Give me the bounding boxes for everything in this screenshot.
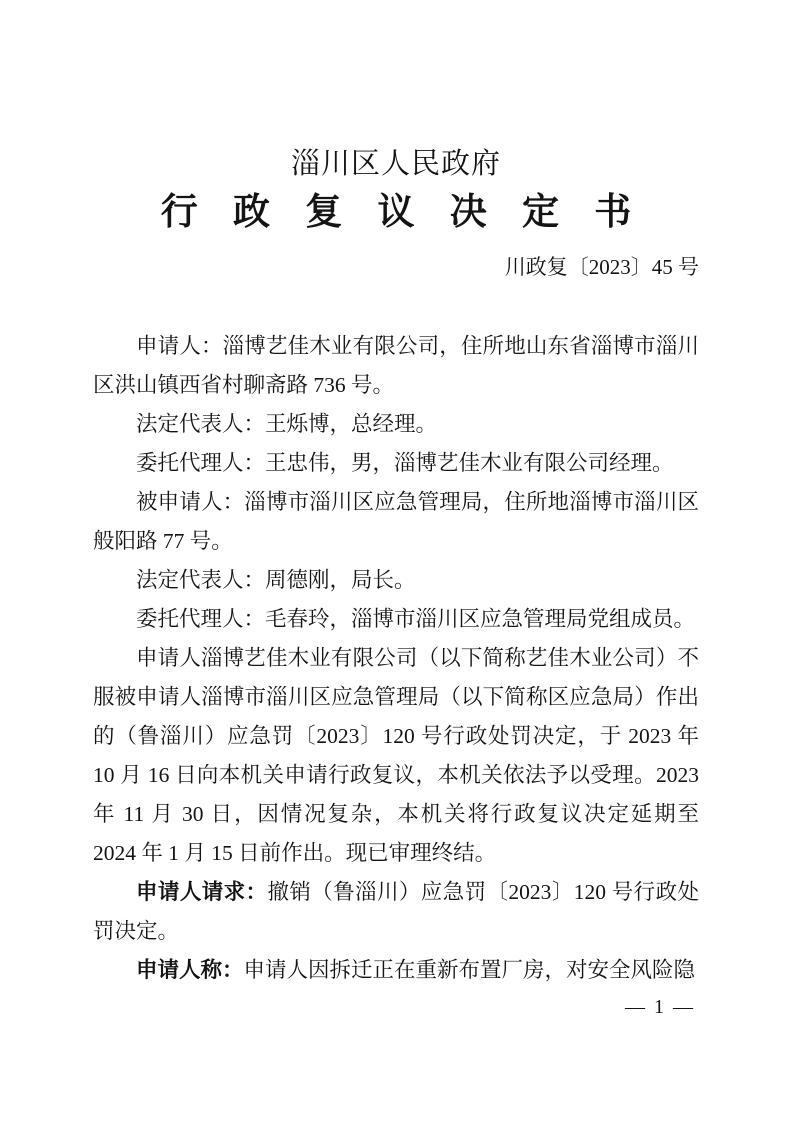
paragraph-text: 委托代理人：毛春玲，淄博市淄川区应急管理局党组成员。	[136, 607, 695, 631]
paragraph-text: 申请人淄博艺佳木业有限公司（以下简称艺佳木业公司）不服被申请人淄博市淄川区应急管…	[93, 646, 699, 865]
page-number: — 1 —	[625, 995, 695, 1019]
paragraph-text: 被申请人：淄博市淄川区应急管理局，住所地淄博市淄川区般阳路 77 号。	[93, 490, 699, 553]
paragraph-lead: 申请人称：	[136, 958, 244, 982]
document-body: 申请人：淄博艺佳木业有限公司，住所地山东省淄博市淄川区洪山镇西省村聊斋路 736…	[93, 327, 699, 990]
paragraph: 申请人称：申请人因拆迁正在重新布置厂房，对安全风险隐	[93, 951, 699, 990]
paragraph: 委托代理人：毛春玲，淄博市淄川区应急管理局党组成员。	[93, 600, 699, 639]
document-content: 淄川区人民政府 行 政 复 议 决 定 书 川政复〔2023〕45 号 申请人：…	[93, 0, 699, 990]
paragraph: 法定代表人：王烁博，总经理。	[93, 405, 699, 444]
paragraph: 委托代理人：王忠伟，男，淄博艺佳木业有限公司经理。	[93, 444, 699, 483]
paragraph: 申请人请求：撤销（鲁淄川）应急罚〔2023〕120 号行政处罚决定。	[93, 873, 699, 951]
document-page: 淄川区人民政府 行 政 复 议 决 定 书 川政复〔2023〕45 号 申请人：…	[0, 0, 794, 1123]
paragraph: 被申请人：淄博市淄川区应急管理局，住所地淄博市淄川区般阳路 77 号。	[93, 483, 699, 561]
paragraph: 申请人淄博艺佳木业有限公司（以下简称艺佳木业公司）不服被申请人淄博市淄川区应急管…	[93, 639, 699, 873]
paragraph-text: 法定代表人：王烁博，总经理。	[136, 412, 437, 436]
paragraph-lead: 申请人请求：	[136, 880, 267, 904]
issuing-authority-title: 淄川区人民政府	[93, 147, 699, 181]
paragraph-text: 申请人：淄博艺佳木业有限公司，住所地山东省淄博市淄川区洪山镇西省村聊斋路 736…	[93, 334, 699, 397]
paragraph: 申请人：淄博艺佳木业有限公司，住所地山东省淄博市淄川区洪山镇西省村聊斋路 736…	[93, 327, 699, 405]
paragraph: 法定代表人：周德刚，局长。	[93, 561, 699, 600]
document-number: 川政复〔2023〕45 号	[93, 253, 699, 281]
paragraph-text: 申请人因拆迁正在重新布置厂房，对安全风险隐	[244, 958, 696, 982]
document-title: 行 政 复 议 决 定 书	[93, 190, 699, 236]
paragraph-text: 委托代理人：王忠伟，男，淄博艺佳木业有限公司经理。	[136, 451, 674, 475]
paragraph-text: 法定代表人：周德刚，局长。	[136, 568, 416, 592]
